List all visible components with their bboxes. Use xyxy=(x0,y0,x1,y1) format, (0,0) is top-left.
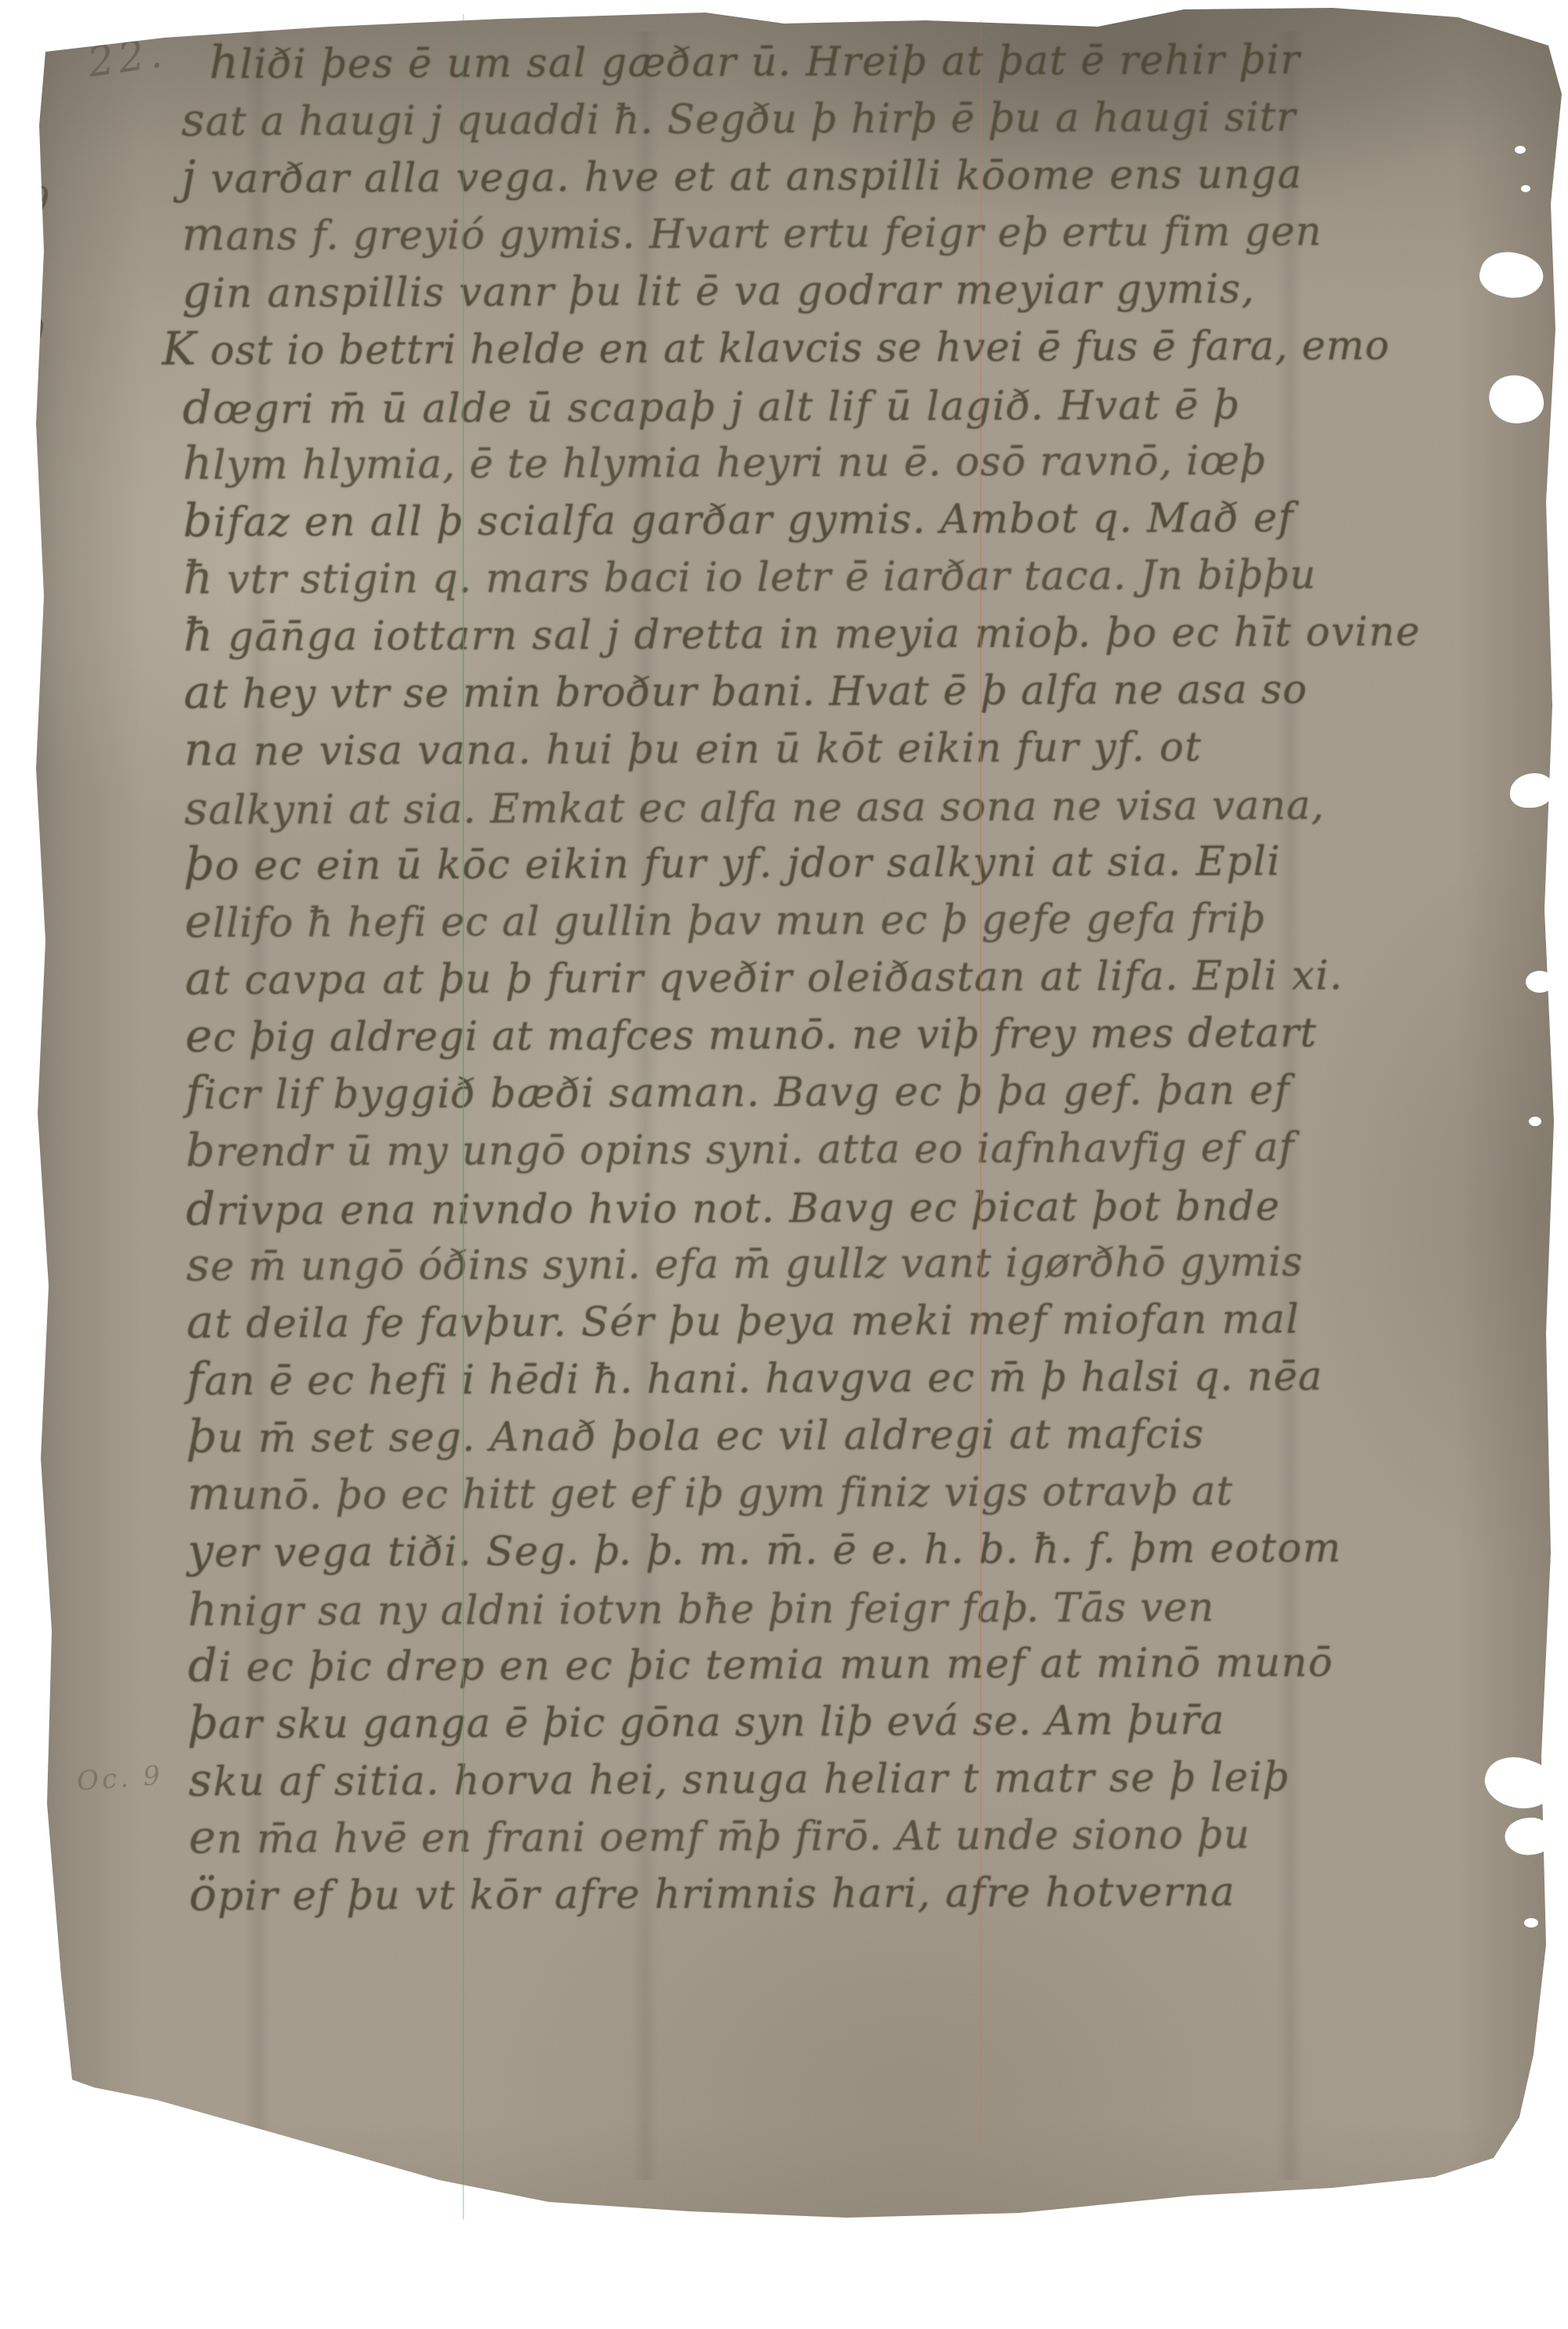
manuscript-line: di ec þic drep en ec þic temia mun mef a… xyxy=(188,1631,1513,1694)
margin-mark: ȝ xyxy=(19,237,40,284)
manuscript-line: se m̄ ungō óðins syni. efa m̄ gullz vant… xyxy=(186,1230,1511,1293)
manuscript-line: hliði þes ē um sal gæðar ū. Hreiþ at þat… xyxy=(181,28,1506,91)
margin-note: Oc. 9 xyxy=(76,1760,165,1797)
manuscript-line: gin anspillis vanr þu lit ē va godrar me… xyxy=(182,257,1507,320)
manuscript-line: ec þig aldregi at mafces munō. ne viþ fr… xyxy=(185,1001,1510,1064)
manuscript-line: na ne visa vana. hui þu ein ū kōt eikin … xyxy=(184,715,1509,778)
manuscript-line: þo ec ein ū kōc eikin fur yf. jdor salky… xyxy=(184,830,1509,892)
manuscript-line: en m̄a hvē en frani oemf m̄þ firō. At un… xyxy=(189,1803,1514,1866)
manuscript-line: ellifo ħ hefi ec al gullin þav mun ec þ … xyxy=(185,887,1510,950)
manuscript-line: salkyni at sia. Emkat ec alfa ne asa son… xyxy=(184,774,1509,837)
manuscript-line: sat a haugi j quaddi ħ. Segðu þ hirþ ē þ… xyxy=(181,85,1506,148)
margin-mark: 9 xyxy=(22,311,45,353)
manuscript-line: at deila fe favþur. Sér þu þeya meki mef… xyxy=(187,1288,1512,1350)
manuscript-line: munō. þo ec hitt get ef iþ gym finiz vig… xyxy=(187,1459,1512,1522)
manuscript-line: K ost io bettri helde en at klavcis se h… xyxy=(162,314,1507,377)
manuscript-line: hnigr sa ny aldni iotvn bħe þin feigr fa… xyxy=(187,1575,1512,1638)
manuscript-line: þar sku ganga ē þic gōna syn liþ evá se.… xyxy=(188,1688,1513,1751)
manuscript-line: öpir ef þu vt kōr afre hrimnis hari, afr… xyxy=(189,1860,1514,1923)
manuscript-line: j varðar alla vega. hve et at anspilli k… xyxy=(181,143,1506,205)
manuscript-line: yer vega tiði. Seg. þ. þ. m. m̄. ē e. h.… xyxy=(187,1517,1512,1579)
manuscript-line: ħ vtr stigin q. mars baci io letr ē iarð… xyxy=(183,543,1508,606)
manuscript-line: fan ē ec hefi i hēdi ħ. hani. havgva ec … xyxy=(187,1345,1512,1408)
scan-background: 22. 9 ȝ 9 Oc. 9 hliði þes ē um sal gæðar… xyxy=(0,0,1568,2329)
margin-mark: 9 xyxy=(27,179,49,221)
manuscript-line: ficr lif byggið bæði saman. Bavg ec þ þa… xyxy=(185,1059,1510,1121)
page-number: 22. xyxy=(85,29,169,86)
text-block: hliði þes ē um sal gæðar ū. Hreiþ at þat… xyxy=(181,28,1514,1923)
manuscript-line: mans f. greyió gymis. Hvart ertu feigr e… xyxy=(182,200,1507,263)
manuscript-line: brendr ū my ungō opins syni. atta eo iaf… xyxy=(186,1116,1511,1179)
manuscript-line: hlym hlymia, ē te hlymia heyri nu ē. osō… xyxy=(183,429,1508,492)
manuscript-line: at hey vtr se min broður bani. Hvat ē þ … xyxy=(183,658,1508,721)
manuscript-line: dœgri m̄ ū alde ū scapaþ j alt lif ū lag… xyxy=(183,373,1508,436)
manuscript-line: bifaz en all þ scialfa garðar gymis. Amb… xyxy=(183,486,1508,549)
manuscript-page: 22. 9 ȝ 9 Oc. 9 hliði þes ē um sal gæðar… xyxy=(0,0,1568,2329)
manuscript-line: þu m̄ set seg. Anað þola ec vil aldregi … xyxy=(187,1402,1512,1465)
manuscript-line: drivpa ena nivndo hvio not. Bavg ec þica… xyxy=(186,1175,1511,1237)
manuscript-line: at cavpa at þu þ furir qveðir oleiðastan… xyxy=(185,944,1510,1007)
manuscript-line: sku af sitia. horva hei, snuga heliar t … xyxy=(188,1746,1513,1808)
manuscript-line: ħ gān̄ga iottarn sal j dretta in meyia m… xyxy=(183,601,1508,663)
